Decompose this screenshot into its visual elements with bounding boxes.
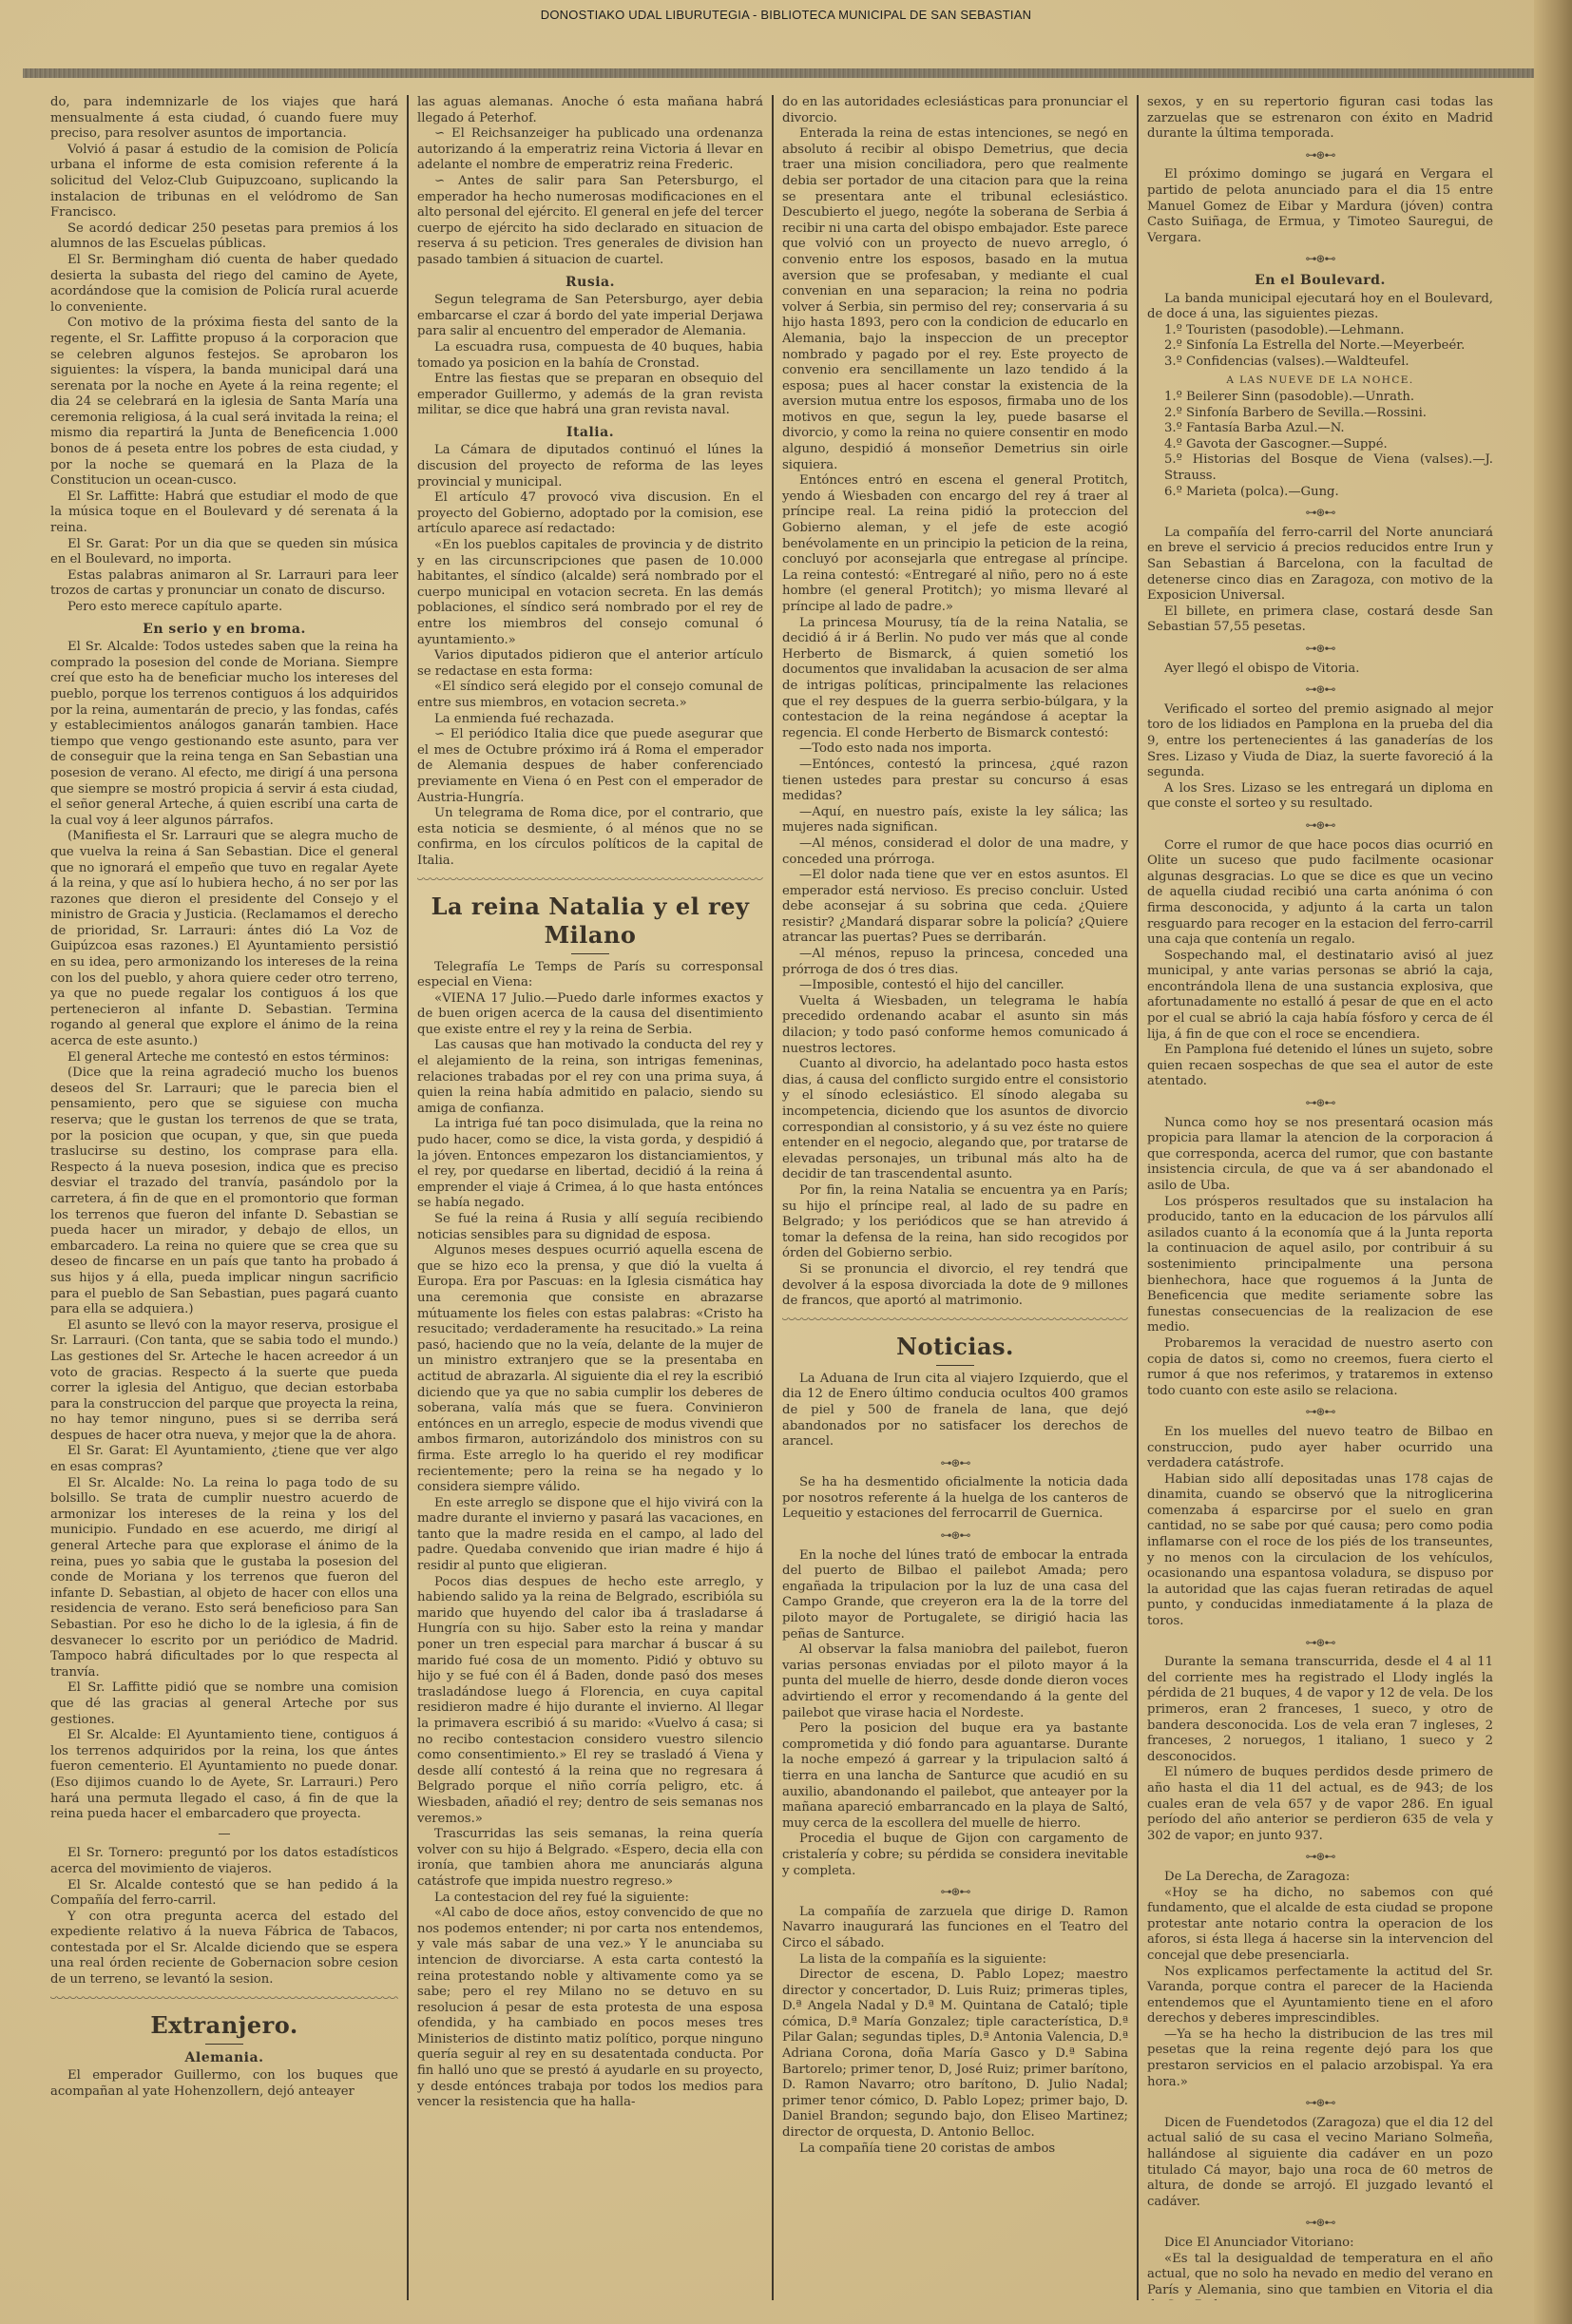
article-paragraph: El Sr. Garat: El Ayuntamiento, ¿tiene qu… — [50, 1444, 398, 1475]
fleuron-divider-icon: ⊶⊛⊷ — [1147, 505, 1493, 521]
article-paragraph: «Hoy se ha dicho, no sabemos con qué fun… — [1147, 1886, 1493, 1965]
article-paragraph: Segun telegrama de San Petersburgo, ayer… — [417, 293, 763, 340]
article-paragraph: Cuanto al divorcio, ha adelantado poco h… — [782, 1057, 1128, 1183]
article-paragraph: Dicen de Fuendetodos (Zaragoza) que el d… — [1147, 2116, 1493, 2211]
fleuron-divider-icon: ⊶⊛⊷ — [1147, 1849, 1493, 1865]
article-paragraph: El número de buques perdidos desde prime… — [1147, 1765, 1493, 1844]
article-paragraph: En los muelles del nuevo teatro de Bilba… — [1147, 1425, 1493, 1472]
major-heading: Noticias. — [782, 1333, 1128, 1361]
article-paragraph: El billete, en primera clase, costará de… — [1147, 605, 1493, 636]
fleuron-divider-icon: ⊶⊛⊷ — [782, 1455, 1128, 1471]
column-3: do en las autoridades eclesiásticas para… — [772, 95, 1137, 2300]
section-heading: Rusia. — [417, 275, 763, 291]
article-paragraph: do, para indemnizarle de los viajes que … — [50, 95, 398, 143]
dash-divider: — — [50, 1827, 398, 1843]
article-paragraph: Entre las fiestas que se preparan en obs… — [417, 372, 763, 419]
article-paragraph: En Pamplona fué detenido el lúnes un suj… — [1147, 1043, 1493, 1090]
masthead-rule — [23, 68, 1534, 78]
program-list-item: 1.º Beilerer Sinn (pasodoble).—Unrath. — [1147, 390, 1493, 406]
section-heading: En el Boulevard. — [1147, 273, 1493, 289]
article-paragraph: Se acordó dedicar 250 pesetas para premi… — [50, 221, 398, 253]
fleuron-divider-icon: ⊶⊛⊷ — [1147, 682, 1493, 698]
article-paragraph: —Entónces, contestó la princesa, ¿qué ra… — [782, 758, 1128, 805]
article-paragraph: «VIENA 17 Julio.—Puedo darle informes ex… — [417, 991, 763, 1039]
article-paragraph: La enmienda fué rechazada. — [417, 712, 763, 728]
article-paragraph: El general Arteche me contestó en estos … — [50, 1050, 398, 1066]
article-paragraph: (Dice que la reina agradeció mucho los b… — [50, 1066, 398, 1318]
article-paragraph: Verificado el sorteo del premio asignado… — [1147, 702, 1493, 781]
article-paragraph: La compañía de zarzuela que dirige D. Ra… — [782, 1905, 1128, 1952]
article-paragraph: Se ha ha desmentido oficialmente la noti… — [782, 1475, 1128, 1523]
fleuron-divider-icon: ⊶⊛⊷ — [1147, 641, 1493, 657]
article-paragraph: El asunto se llevó con la mayor reserva,… — [50, 1318, 398, 1445]
article-paragraph: La Aduana de Irun cita al viajero Izquie… — [782, 1372, 1128, 1450]
article-paragraph: Se fué la reina á Rusia y allí seguía re… — [417, 1212, 763, 1243]
article-paragraph: Probaremos la veracidad de nuestro asert… — [1147, 1336, 1493, 1399]
program-list-item: 4.º Gavota der Gascogner.—Suppé. — [1147, 437, 1493, 453]
article-paragraph: Y con otra pregunta acerca del estado de… — [50, 1910, 398, 1988]
article-paragraph: El Sr. Tornero: preguntó por los datos e… — [50, 1846, 398, 1877]
section-heading: Italia. — [417, 425, 763, 441]
heading-underline — [205, 2044, 243, 2045]
fleuron-divider-icon: ⊶⊛⊷ — [1147, 2095, 1493, 2111]
fleuron-divider-icon: ⊶⊛⊷ — [1147, 251, 1493, 267]
article-paragraph: Estas palabras animaron al Sr. Larrauri … — [50, 568, 398, 600]
article-paragraph: Vuelta á Wiesbaden, un telegrama le habí… — [782, 994, 1128, 1057]
program-list-item: 2.º Sinfonía Barbero de Sevilla.—Rossini… — [1147, 406, 1493, 422]
wavy-section-divider — [50, 1996, 398, 2002]
article-paragraph: Dice El Anunciador Vitoriano: — [1147, 2236, 1493, 2252]
article-paragraph: Si se pronuncia el divorcio, el rey tend… — [782, 1262, 1128, 1310]
article-paragraph: —El dolor nada tiene que ver en estos as… — [782, 868, 1128, 947]
article-paragraph: «Es tal la desigualdad de temperatura en… — [1147, 2252, 1493, 2300]
article-paragraph: La intriga fué tan poco disimulada, que … — [417, 1117, 763, 1212]
article-paragraph: Pero esto merece capítulo aparte. — [50, 600, 398, 616]
article-paragraph: A los Sres. Lizaso se les entregará un d… — [1147, 781, 1493, 813]
article-paragraph: Habian sido allí depositadas unas 178 ca… — [1147, 1472, 1493, 1630]
article-paragraph: El Sr. Alcalde: El Ayuntamiento tiene, c… — [50, 1728, 398, 1823]
article-paragraph: —Al ménos, repuso la princesa, conceded … — [782, 947, 1128, 978]
article-paragraph: El Sr. Alcalde: No. La reina lo paga tod… — [50, 1476, 398, 1681]
article-paragraph: El Sr. Alcalde: Todos ustedes saben que … — [50, 640, 398, 829]
fleuron-divider-icon: ⊶⊛⊷ — [1147, 1095, 1493, 1111]
article-paragraph: Procedia el buque de Gijon con cargament… — [782, 1832, 1128, 1879]
article-paragraph: Varios diputados pidieron que el anterio… — [417, 648, 763, 680]
wavy-section-divider — [782, 1317, 1128, 1323]
fleuron-divider-icon: ⊶⊛⊷ — [1147, 1404, 1493, 1420]
article-paragraph: Pero la posicion del buque era ya bastan… — [782, 1721, 1128, 1832]
article-paragraph: Sospechando mal, el destinatario avisó a… — [1147, 949, 1493, 1044]
article-paragraph: ∽ Antes de salir para San Petersburgo, e… — [417, 174, 763, 269]
fleuron-divider-icon: ⊶⊛⊷ — [1147, 817, 1493, 834]
article-paragraph: En este arreglo se dispone que el hijo v… — [417, 1496, 763, 1575]
article-paragraph: La Cámara de diputados continuó el lúnes… — [417, 443, 763, 490]
article-paragraph: —Todo esto nada nos importa. — [782, 741, 1128, 758]
article-paragraph: El Sr. Bermingham dió cuenta de haber qu… — [50, 253, 398, 316]
newspaper-page: do, para indemnizarle de los viajes que … — [42, 95, 1536, 2300]
section-heading: Alemania. — [50, 2050, 398, 2066]
article-paragraph: La contestacion del rey fué la siguiente… — [417, 1891, 763, 1907]
program-list-item: 6.º Marieta (polca).—Gung. — [1147, 485, 1493, 501]
article-paragraph: La compañía tiene 20 coristas de ambos — [782, 2142, 1128, 2158]
article-paragraph: Al observar la falsa maniobra del paileb… — [782, 1642, 1128, 1721]
article-paragraph: El Sr. Alcalde contestó que se han pedid… — [50, 1878, 398, 1910]
article-paragraph: Volvió á pasar á estudio de la comision … — [50, 143, 398, 221]
fleuron-divider-icon: ⊶⊛⊷ — [782, 1527, 1128, 1544]
article-paragraph: Enterada la reina de estas intenciones, … — [782, 126, 1128, 473]
article-paragraph: La escuadra rusa, compuesta de 40 buques… — [417, 340, 763, 372]
article-paragraph: En la noche del lúnes trató de embocar l… — [782, 1548, 1128, 1643]
fleuron-divider-icon: ⊶⊛⊷ — [1147, 1635, 1493, 1651]
page-edge-shadow — [1534, 0, 1572, 2324]
major-heading: La reina Natalia y el rey Milano — [417, 893, 763, 950]
article-paragraph: La princesa Mourusy, tía de la reina Nat… — [782, 616, 1128, 742]
article-paragraph: Pocos dias despues de hecho este arreglo… — [417, 1575, 763, 1828]
article-paragraph: Corre el rumor de que hace pocos dias oc… — [1147, 838, 1493, 949]
article-paragraph: —Imposible, contestó el hijo del cancill… — [782, 978, 1128, 994]
article-paragraph: Durante la semana transcurrida, desde el… — [1147, 1655, 1493, 1765]
article-paragraph: —Al ménos, considerad el dolor de una ma… — [782, 836, 1128, 868]
column-2: las aguas alemanas. Anoche ó esta mañana… — [407, 95, 772, 2300]
article-paragraph: —Ya se ha hecho la distribucion de las t… — [1147, 2027, 1493, 2090]
article-paragraph: Con motivo de la próxima fiesta del sant… — [50, 316, 398, 490]
program-list-item: 3.º Fantasía Barba Azul.—N. — [1147, 421, 1493, 437]
major-heading: Extranjero. — [50, 2011, 398, 2040]
fleuron-divider-icon: ⊶⊛⊷ — [1147, 147, 1493, 163]
article-paragraph: De La Derecha, de Zaragoza: — [1147, 1870, 1493, 1886]
article-paragraph: Trascurridas las seis semanas, la reina … — [417, 1827, 763, 1890]
article-paragraph: El Sr. Garat: Por un dia que se queden s… — [50, 537, 398, 568]
article-paragraph: las aguas alemanas. Anoche ó esta mañana… — [417, 95, 763, 126]
library-watermark: DONOSTIAKO UDAL LIBURUTEGIA - BIBLIOTECA… — [0, 8, 1572, 22]
article-paragraph: Un telegrama de Roma dice, por el contra… — [417, 806, 763, 869]
article-paragraph: Nos explicamos perfectamente la actitud … — [1147, 1965, 1493, 2027]
article-paragraph: (Manifiesta el Sr. Larrauri que se alegr… — [50, 829, 398, 1049]
article-paragraph: do en las autoridades eclesiásticas para… — [782, 95, 1128, 126]
article-paragraph: El emperador Guillermo, con los buques q… — [50, 2068, 398, 2100]
fleuron-divider-icon: ⊶⊛⊷ — [782, 1884, 1128, 1900]
article-paragraph: Ayer llegó el obispo de Vitoria. — [1147, 662, 1493, 678]
article-paragraph: La banda municipal ejecutará hoy en el B… — [1147, 292, 1493, 323]
article-paragraph: Por fin, la reina Natalia se encuentra y… — [782, 1183, 1128, 1262]
program-list-item: 2.º Sinfonía La Estrella del Norte.—Meye… — [1147, 338, 1493, 355]
article-paragraph: sexos, y en su repertorio figuran casi t… — [1147, 95, 1493, 143]
heading-underline — [571, 953, 609, 954]
article-paragraph: Nunca como hoy se nos presentará ocasion… — [1147, 1116, 1493, 1195]
program-subheading: A LAS NUEVE DE LA NOHCE. — [1147, 373, 1493, 389]
article-paragraph: El artículo 47 provocó viva discusion. E… — [417, 490, 763, 538]
program-list-item: 1.º Touristen (pasodoble).—Lehmann. — [1147, 323, 1493, 339]
article-paragraph: La lista de la compañía es la siguiente: — [782, 1952, 1128, 1969]
article-paragraph: «Al cabo de doce años, estoy convencido … — [417, 1906, 763, 2111]
fleuron-divider-icon: ⊶⊛⊷ — [1147, 2215, 1493, 2231]
article-paragraph: Las causas que han motivado la conducta … — [417, 1038, 763, 1117]
section-heading: En serio y en broma. — [50, 622, 398, 638]
column-1: do, para indemnizarle de los viajes que … — [42, 95, 407, 2300]
wavy-section-divider — [417, 877, 763, 883]
column-4: sexos, y en su repertorio figuran casi t… — [1137, 95, 1502, 2300]
article-paragraph: La compañía del ferro-carril del Norte a… — [1147, 526, 1493, 605]
article-paragraph: El próximo domingo se jugará en Vergara … — [1147, 167, 1493, 246]
article-paragraph: El Sr. Laffitte: Habrá que estudiar el m… — [50, 490, 398, 537]
article-paragraph: «En los pueblos capitales de provincia y… — [417, 538, 763, 648]
article-paragraph: Algunos meses despues ocurrió aquella es… — [417, 1243, 763, 1496]
heading-underline — [936, 1365, 974, 1366]
article-paragraph: «El síndico será elegido por el consejo … — [417, 680, 763, 711]
article-paragraph: El Sr. Laffitte pidió que se nombre una … — [50, 1681, 398, 1728]
article-paragraph: ∽ El periódico Italia dice que puede ase… — [417, 727, 763, 806]
article-paragraph: Telegrafía Le Temps de París su correspo… — [417, 960, 763, 991]
program-list-item: 5.º Historias del Bosque de Viena (valse… — [1147, 452, 1493, 484]
article-paragraph: Los prósperos resultados que su instalac… — [1147, 1195, 1493, 1336]
article-paragraph: —Aquí, en nuestro país, existe la ley sá… — [782, 805, 1128, 836]
article-paragraph: ∽ El Reichsanzeiger ha publicado una ord… — [417, 126, 763, 174]
article-paragraph: Entónces entró en escena el general Prot… — [782, 473, 1128, 615]
program-list-item: 3.º Confidencias (valses).—Waldteufel. — [1147, 355, 1493, 371]
article-paragraph: Director de escena, D. Pablo Lopez; maes… — [782, 1968, 1128, 2142]
